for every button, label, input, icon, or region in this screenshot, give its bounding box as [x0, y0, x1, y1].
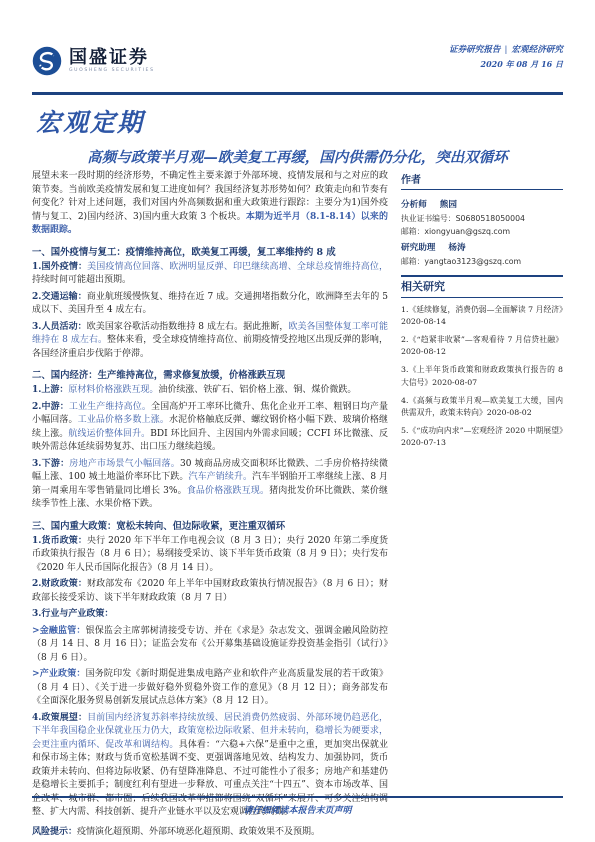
related-research-item: 3.《上半年货币政策和财政政策执行报告的 8 大信号》2020-08-07 [401, 364, 563, 388]
text-run: >产业政策： [32, 669, 86, 679]
sections: 一、国外疫情与复工：疫情维持高位，欧美复工再缓，复工率维持约 8 成1.国外疫情… [32, 244, 388, 820]
paragraph: 3.下游：房地产市场景气小幅回落。30 城商品房成交面积环比微跌、二手房价格持续… [32, 458, 388, 512]
text-run: 房地产市场景气小幅回落。 [69, 459, 180, 469]
text-run: 食品价格涨跌互现。 [187, 486, 269, 496]
assistant-line: 研究助理 杨涛 [401, 241, 563, 253]
cert-number: 执业证书编号：S0680518050004 [401, 213, 563, 224]
text-run: 4.政策展望： [32, 713, 87, 723]
paragraph: 1.国外疫情：美国疫情高位回落、欧洲明显反弹、印巴继续高增、全球总疫情维持高位，… [32, 261, 388, 288]
assistant-name: 杨涛 [448, 243, 465, 253]
paragraph: >金融监管：银保监会主席郭树清接受专访、并在《求是》杂志发文、强调金融风险防控（… [32, 625, 388, 666]
header-rule [32, 92, 563, 95]
paragraph: >产业政策：国务院印发《新时期促进集成电路产业和软件产业高质量发展的若干政策》（… [32, 668, 388, 709]
analyst-label: 分析师 [401, 200, 427, 210]
text-run: 3.人员活动： [32, 322, 87, 332]
risk-warning: 风险提示：疫情演化超预期、外部环境恶化超预期、政策效果不及预期。 [32, 826, 388, 840]
text-run: 航线运价整体回升。 [68, 429, 150, 439]
text-run: 工业生产维持高位。 [69, 402, 151, 412]
sidebar: 作者 分析师 熊园 执业证书编号：S0680518050004 邮箱：xiong… [401, 170, 563, 842]
text-run: >金融监管： [32, 626, 86, 636]
paragraph: 1.上游：原材料价格涨跌互现。油价续涨、铁矿石、铝价格上涨、铜、煤价微跌。 [32, 384, 388, 398]
text-run: 风险提示： [32, 827, 77, 837]
report-type-line: 证券研究报告|宏观经济研究 [449, 46, 563, 56]
related-section-title: 相关研究 [401, 277, 563, 297]
page-title: 宏观定期 [36, 103, 144, 139]
report-date: 2020 年 08 月 16 日 [449, 60, 563, 69]
text-run: 持续时间可能超出预期。 [32, 275, 131, 285]
header-meta: 证券研究报告|宏观经济研究 2020 年 08 月 16 日 [449, 46, 563, 69]
report-type: 证券研究报告 [449, 45, 501, 55]
text-run: 国务院印发《新时期促进集成电路产业和软件产业高质量发展的若干政策》（8 月 4 … [32, 669, 388, 706]
paragraph: 3.人员活动：欧美国家谷歌活动指数维持 8 成左右。据此推断，欧美各国整体复工率… [32, 321, 388, 362]
text-run: 美国疫情高位回落、欧洲明显反弹、印巴继续高增、全球总疫情维持高位， [87, 262, 388, 272]
text-run: 2.交通运输： [32, 292, 87, 302]
paragraph: 2.中游：工业生产维持高位。全国高炉开工率环比微升、焦化企业开工率、粗钢日均产量… [32, 401, 388, 455]
analyst-email: 邮箱：xiongyuan@gszq.com [401, 226, 563, 237]
assistant-label: 研究助理 [401, 243, 435, 253]
text-run: 3.下游： [32, 459, 69, 469]
related-research-item: 1.《延续修复，消费仍弱—全面解读 7 月经济》2020-08-14 [401, 304, 563, 328]
text-run: 原材料价格涨跌互现。 [68, 385, 158, 395]
related-research-item: 4.《高频与政策半月观—欧美复工大缓，国内供需双升，政策未转向》2020-08-… [401, 395, 563, 419]
brand-subtitle: GUOSHENG SECURITIES [69, 69, 155, 74]
paragraph: 2.财政政策：财政部发布《2020 年上半年中国财政政策执行情况报告》（8 月 … [32, 578, 388, 605]
analyst-name: 熊园 [440, 200, 457, 210]
author-block: 分析师 熊园 执业证书编号：S0680518050004 邮箱：xiongyua… [401, 190, 563, 275]
section-heading: 二、国内经济：生产维持高位，需求修复放缓，价格涨跌互现 [32, 367, 388, 381]
text-run: 1.国外疫情： [32, 262, 87, 272]
paragraph: 3.行业与产业政策： [32, 608, 388, 622]
paragraph: 1.货币政策：央行 2020 年下半年工作电视会议（8 月 3 日）；央行 20… [32, 535, 388, 576]
intro-paragraph: 展望未来一段时期的经济形势，不确定性主要来源于外部环境、疫情发展和与之对应的政策… [32, 170, 388, 238]
text-run: 2.财政政策： [32, 579, 87, 589]
section-heading: 三、国内重大政策：宽松未转向、但边际收紧，更注重双循环 [32, 518, 388, 532]
report-category: 宏观经济研究 [511, 45, 563, 55]
footer-disclaimer: 请仔细阅读本报告末页声明 [0, 803, 595, 816]
footer-rule [32, 796, 563, 798]
analyst-line: 分析师 熊园 [401, 198, 563, 210]
text-run: 汽车产销续升。 [189, 472, 253, 482]
assistant-email: 邮箱：yangtao3123@gszq.com [401, 256, 563, 267]
text-run: 银保监会主席郭树清接受专访、并在《求是》杂志发文、强调金融风险防控（8 月 14… [32, 626, 388, 663]
related-research-item: 5.《“成功向内求”—宏观经济 2020 中期展望》2020-07-13 [401, 425, 563, 449]
related-research-item: 2.《“趋紧非收紧”—客观看待 7 月信贷社融》2020-08-12 [401, 334, 563, 358]
text-run: 3.行业与产业政策： [32, 609, 113, 619]
section-heading: 一、国外疫情与复工：疫情维持高位，欧美复工再缓，复工率维持约 8 成 [32, 244, 388, 258]
paragraph: 2.交通运输：商业航班缓慢恢复、维持在近 7 成。交通拥堵指数分化，欧洲降至去年… [32, 291, 388, 318]
text-run: 1.上游： [32, 385, 68, 395]
report-headline: 高频与政策半月观—欧美复工再缓，国内供需仍分化，突出双循环 [32, 146, 563, 167]
header-divider: | [505, 45, 508, 55]
brand: 国盛证券 GUOSHENG SECURITIES [32, 46, 155, 76]
content: 展望未来一段时期的经济形势，不确定性主要来源于外部环境、疫情发展和与之对应的政策… [32, 170, 563, 842]
brand-name: 国盛证券 [69, 49, 155, 67]
guosheng-logo-icon [32, 46, 62, 76]
text-run: 欧美国家谷歌活动指数维持 8 成左右。据此推断， [87, 322, 289, 332]
text-run: 1.货币政策： [32, 536, 87, 546]
report-header: 国盛证券 GUOSHENG SECURITIES 证券研究报告|宏观经济研究 2… [32, 46, 563, 76]
author-section-title: 作者 [401, 170, 563, 189]
report-page: 国盛证券 GUOSHENG SECURITIES 证券研究报告|宏观经济研究 2… [0, 0, 595, 842]
text-run: 工业品价格多数上涨。 [78, 415, 169, 425]
main-column: 展望未来一段时期的经济形势，不确定性主要来源于外部环境、疫情发展和与之对应的政策… [32, 170, 388, 842]
text-run: 2.中游： [32, 402, 69, 412]
text-run: 疫情演化超预期、外部环境恶化超预期、政策效果不及预期。 [77, 827, 320, 837]
related-research-list: 1.《延续修复，消费仍弱—全面解读 7 月经济》2020-08-142.《“趋紧… [401, 298, 563, 449]
brand-text: 国盛证券 GUOSHENG SECURITIES [69, 49, 155, 74]
text-run: 油价续涨、铁矿石、铝价格上涨、铜、煤价微跌。 [158, 385, 356, 395]
